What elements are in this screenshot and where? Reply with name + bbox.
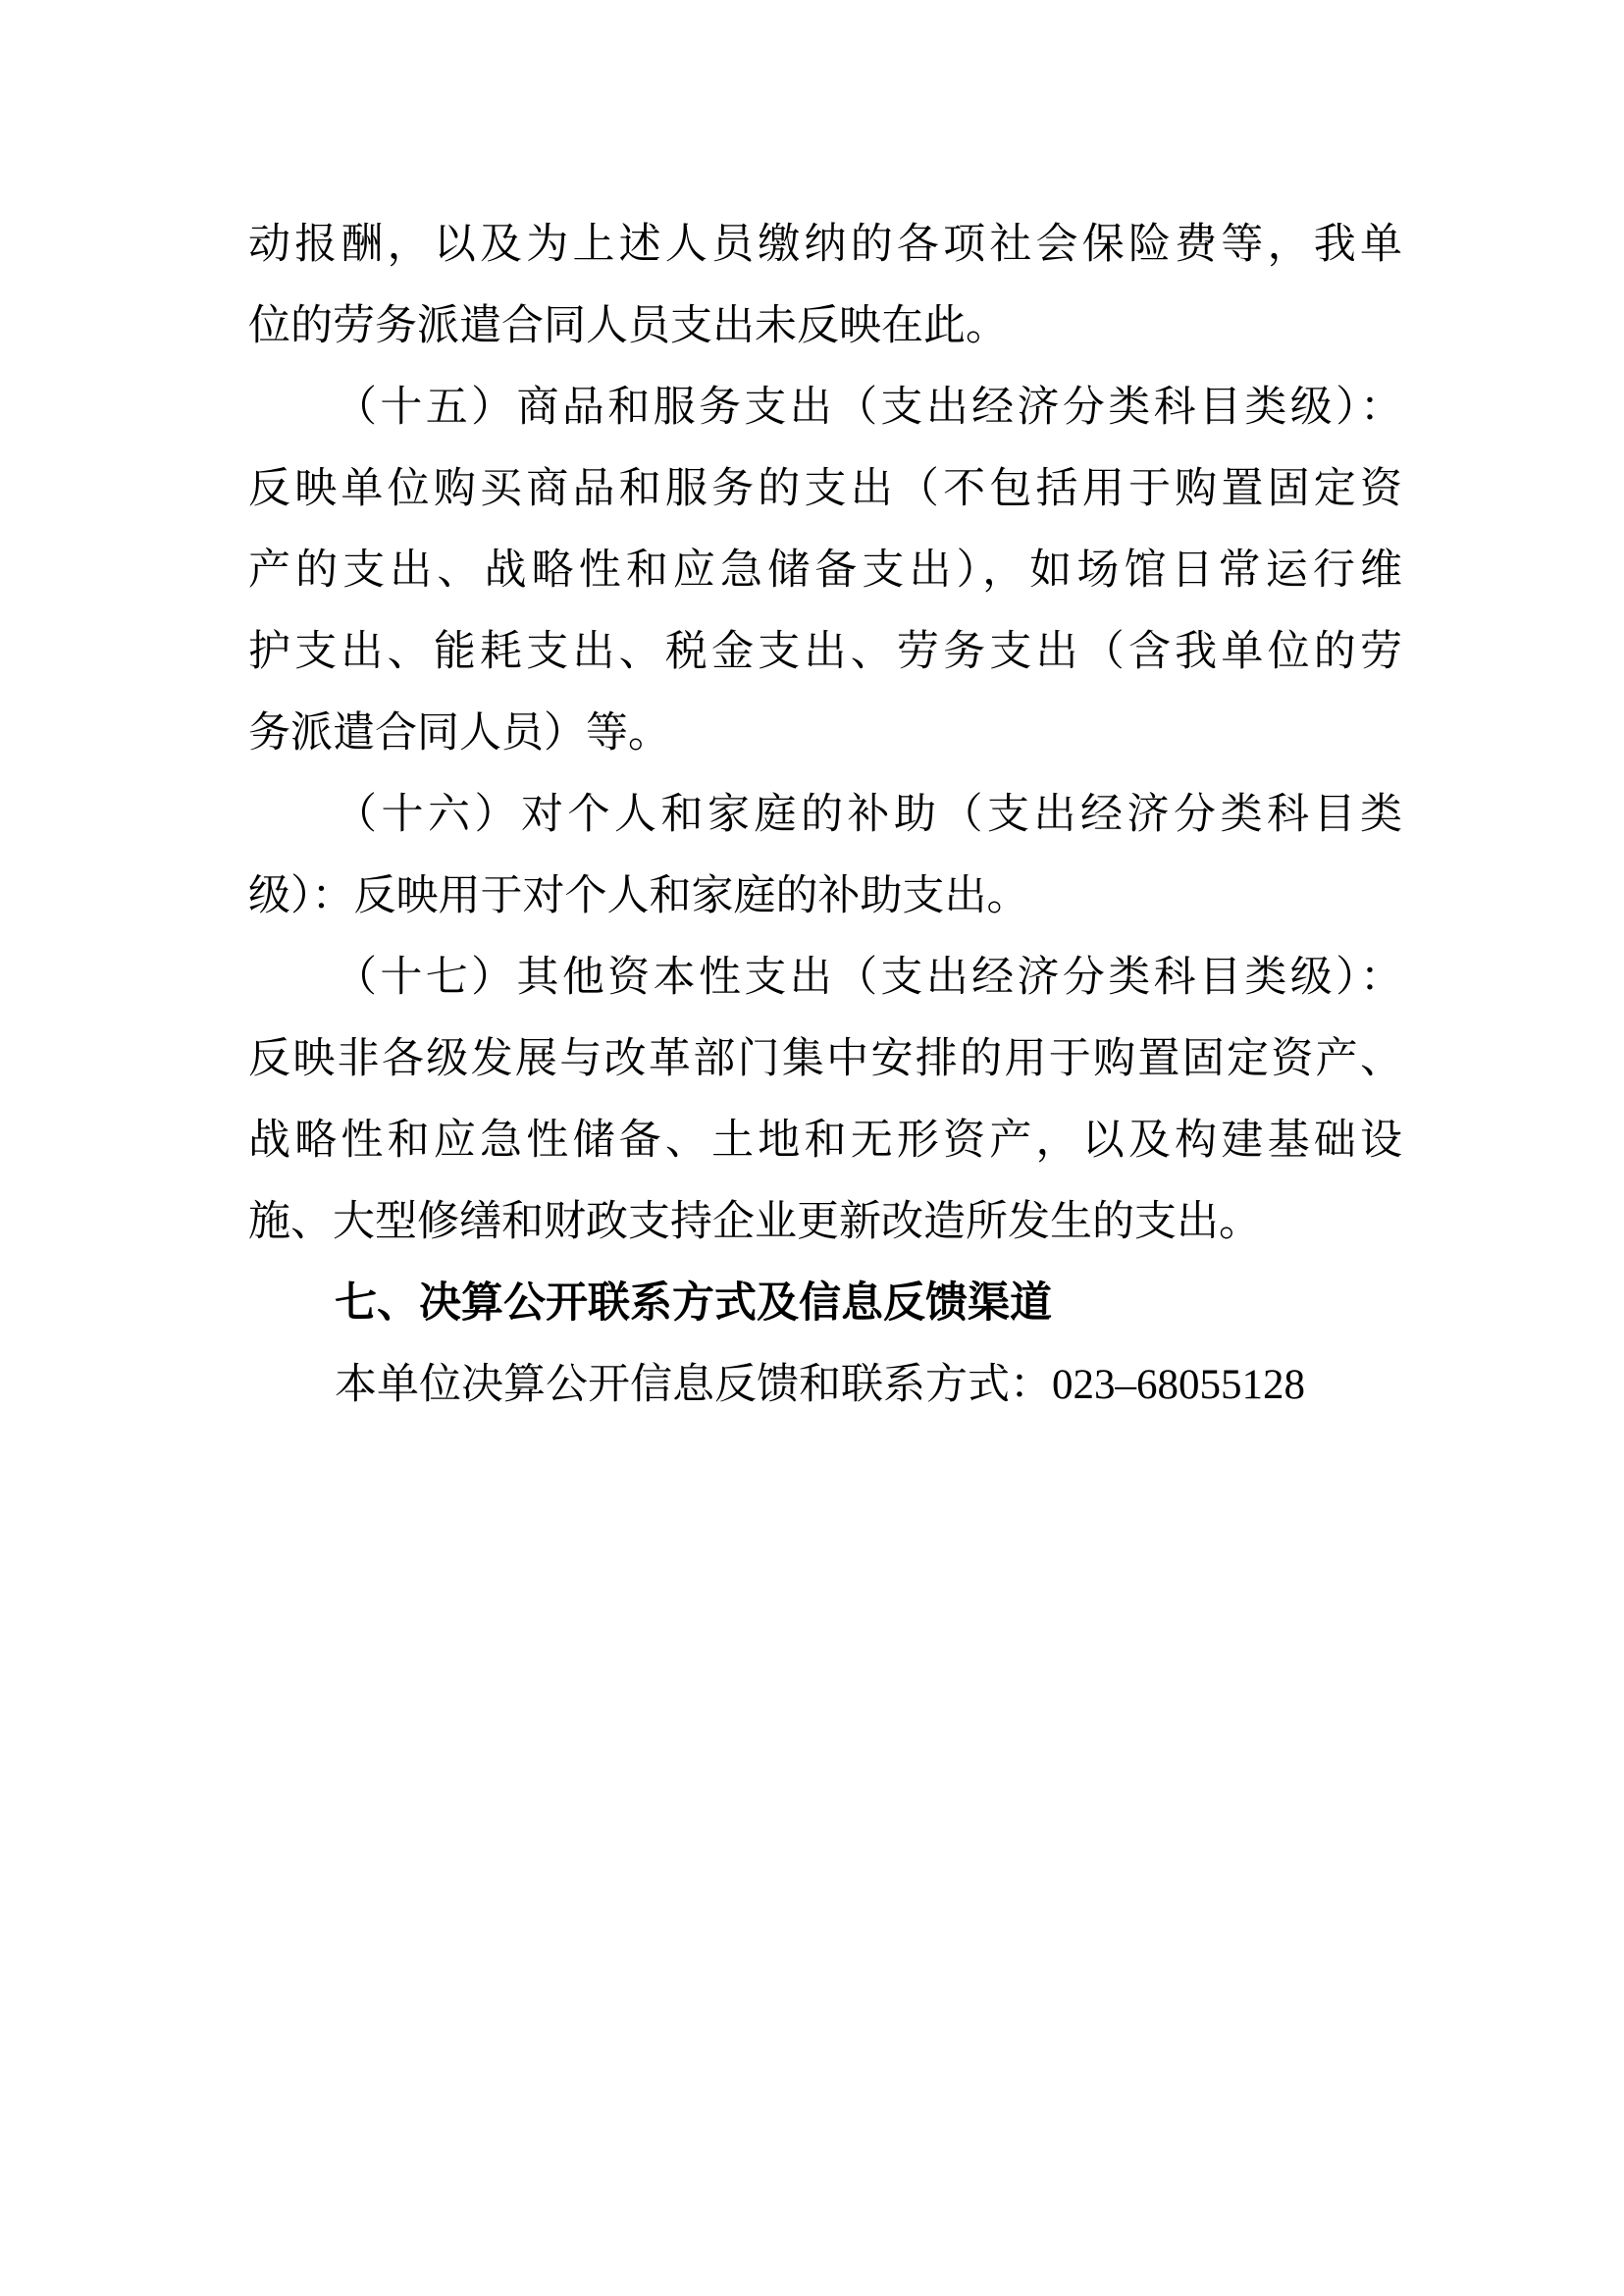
text-line: 务派遣合同人员）等。	[248, 693, 1402, 774]
text-line: 护支出、能耗支出、税金支出、劳务支出（含我单位的劳	[248, 611, 1402, 693]
text-line: （十六）对个人和家庭的补助（支出经济分类科目类	[248, 774, 1402, 856]
text-line: 级）：反映用于对个人和家庭的补助支出。	[248, 856, 1402, 937]
text-line: 战略性和应急性储备、土地和无形资产，以及构建基础设	[248, 1100, 1402, 1181]
text-line: 产的支出、战略性和应急储备支出），如场馆日常运行维	[248, 530, 1402, 611]
contact-info-line: 本单位决算公开信息反馈和联系方式：023–68055128	[248, 1344, 1402, 1426]
text-line: 动报酬，以及为上述人员缴纳的各项社会保险费等，我单	[248, 204, 1402, 286]
text-line: 反映单位购买商品和服务的支出（不包括用于购置固定资	[248, 448, 1402, 530]
section-heading: 七、决算公开联系方式及信息反馈渠道	[248, 1263, 1402, 1344]
text-line: （十七）其他资本性支出（支出经济分类科目类级）：	[248, 937, 1402, 1018]
document-content: 动报酬，以及为上述人员缴纳的各项社会保险费等，我单 位的劳务派遣合同人员支出未反…	[248, 204, 1402, 1426]
text-line: 施、大型修缮和财政支持企业更新改造所发生的支出。	[248, 1181, 1402, 1263]
text-line: 位的劳务派遣合同人员支出未反映在此。	[248, 286, 1402, 367]
text-line: 反映非各级发展与改革部门集中安排的用于购置固定资产、	[248, 1018, 1402, 1100]
text-line: （十五）商品和服务支出（支出经济分类科目类级）：	[248, 367, 1402, 448]
document-page: 动报酬，以及为上述人员缴纳的各项社会保险费等，我单 位的劳务派遣合同人员支出未反…	[0, 0, 1624, 2296]
